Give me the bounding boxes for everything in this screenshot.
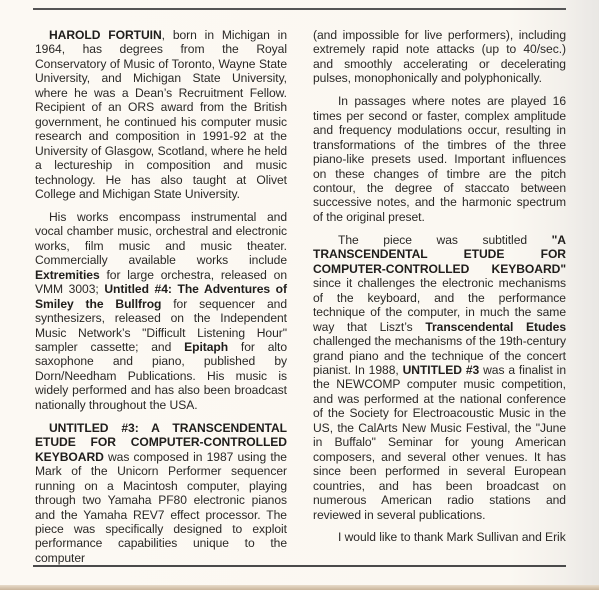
work-title: Extremities bbox=[35, 268, 100, 282]
bio-paragraph: HAROLD FORTUIN, born in Michigan in 1964… bbox=[35, 28, 287, 201]
subtitle-paragraph: The piece was subtitled "A TRANSCENDENTA… bbox=[313, 233, 566, 522]
page-edge bbox=[0, 585, 599, 590]
work-title: Transcendental Etudes bbox=[425, 320, 566, 334]
capabilities-paragraph: (and impossible for live performers), in… bbox=[313, 28, 566, 86]
bottom-rule bbox=[33, 565, 566, 567]
piece-title: UNTITLED #3 bbox=[403, 363, 480, 377]
booklet-page: HAROLD FORTUIN, born in Michigan in 1964… bbox=[0, 0, 599, 590]
timbre-paragraph: In passages where notes are played 16 ti… bbox=[313, 94, 566, 224]
piece-paragraph: UNTITLED #3: A TRANSCENDENTAL ETUDE FOR … bbox=[35, 421, 287, 566]
work-title: Epitaph bbox=[184, 340, 228, 354]
works-paragraph: His works encompass instrumental and voc… bbox=[35, 210, 287, 412]
top-rule bbox=[33, 8, 566, 10]
left-column: HAROLD FORTUIN, born in Michigan in 1964… bbox=[35, 28, 287, 574]
right-column: (and impossible for live performers), in… bbox=[313, 28, 566, 553]
thanks-paragraph: I would like to thank Mark Sullivan and … bbox=[313, 530, 566, 544]
composer-name: HAROLD FORTUIN bbox=[49, 28, 162, 42]
